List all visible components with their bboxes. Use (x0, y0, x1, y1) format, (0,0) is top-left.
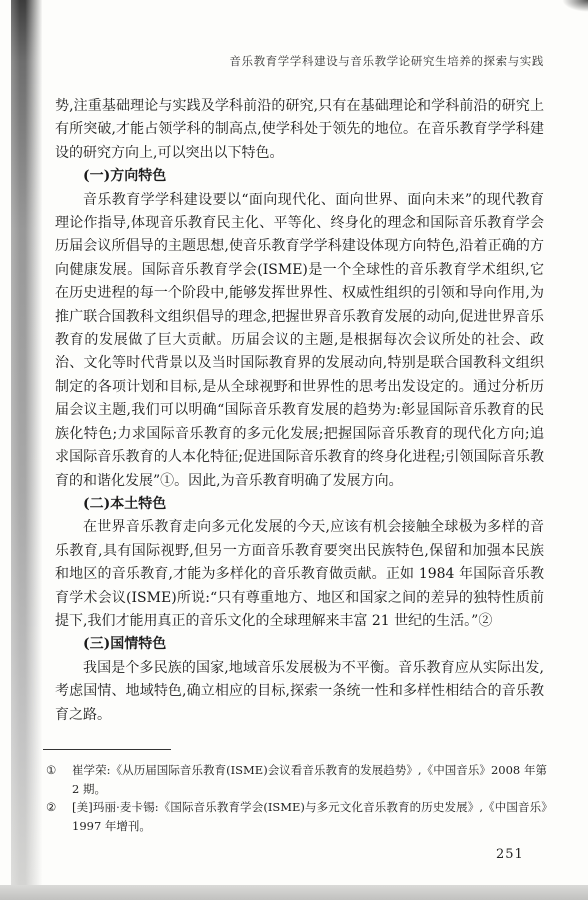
scanned-book-page: 音乐教育学学科建设与音乐教学论研究生培养的探索与实践 势,注重基础理论与实践及学… (0, 0, 588, 900)
running-header-title: 音乐教育学学科建设与音乐教学论研究生培养的探索与实践 (229, 53, 544, 69)
footnote-text: [美]玛丽·麦卡锡:《国际音乐教育学会(ISME)与多元文化音乐教育的历史发展》… (72, 798, 547, 835)
book-spine-shadow (11, 0, 42, 887)
footnotes-block: ① 崔学荣:《从历届国际音乐教育(ISME)会议看音乐教育的发展趋势》,《中国音… (46, 761, 547, 835)
page-number: 251 (496, 847, 524, 862)
footnote-item: ② [美]玛丽·麦卡锡:《国际音乐教育学会(ISME)与多元文化音乐教育的历史发… (46, 798, 547, 835)
scan-corner-shadow (562, 0, 588, 12)
heading-direction-feature: (一)方向特色 (55, 165, 544, 188)
footnote-marker: ② (46, 798, 72, 835)
heading-local-feature: (二)本土特色 (55, 493, 544, 516)
footnote-separator-rule (43, 749, 171, 750)
paragraph-direction-feature: 音乐教育学学科建设要以“面向现代化、面向世界、面向未来”的现代教育理论作指导,体… (55, 189, 544, 493)
paragraph-national-condition-feature: 我国是个多民族的国家,地域音乐发展极为不平衡。音乐教育应从实际出发,考虑国情、地… (55, 657, 544, 727)
heading-national-condition-feature: (三)国情特色 (55, 633, 544, 656)
footnote-marker: ① (46, 761, 72, 798)
footnote-item: ① 崔学荣:《从历届国际音乐教育(ISME)会议看音乐教育的发展趋势》,《中国音… (46, 761, 547, 798)
paragraph-local-feature: 在世界音乐教育走向多元化发展的今天,应该有机会接触全球极为多样的音乐教育,具有国… (55, 516, 544, 633)
scan-bottom-edge (0, 885, 588, 900)
page-body: 势,注重基础理论与实践及学科前沿的研究,只有在基础理论和学科前沿的研究上有所突破… (55, 95, 544, 727)
paragraph-intro-continued: 势,注重基础理论与实践及学科前沿的研究,只有在基础理论和学科前沿的研究上有所突破… (55, 95, 544, 165)
footnote-text: 崔学荣:《从历届国际音乐教育(ISME)会议看音乐教育的发展趋势》,《中国音乐》… (72, 761, 547, 798)
